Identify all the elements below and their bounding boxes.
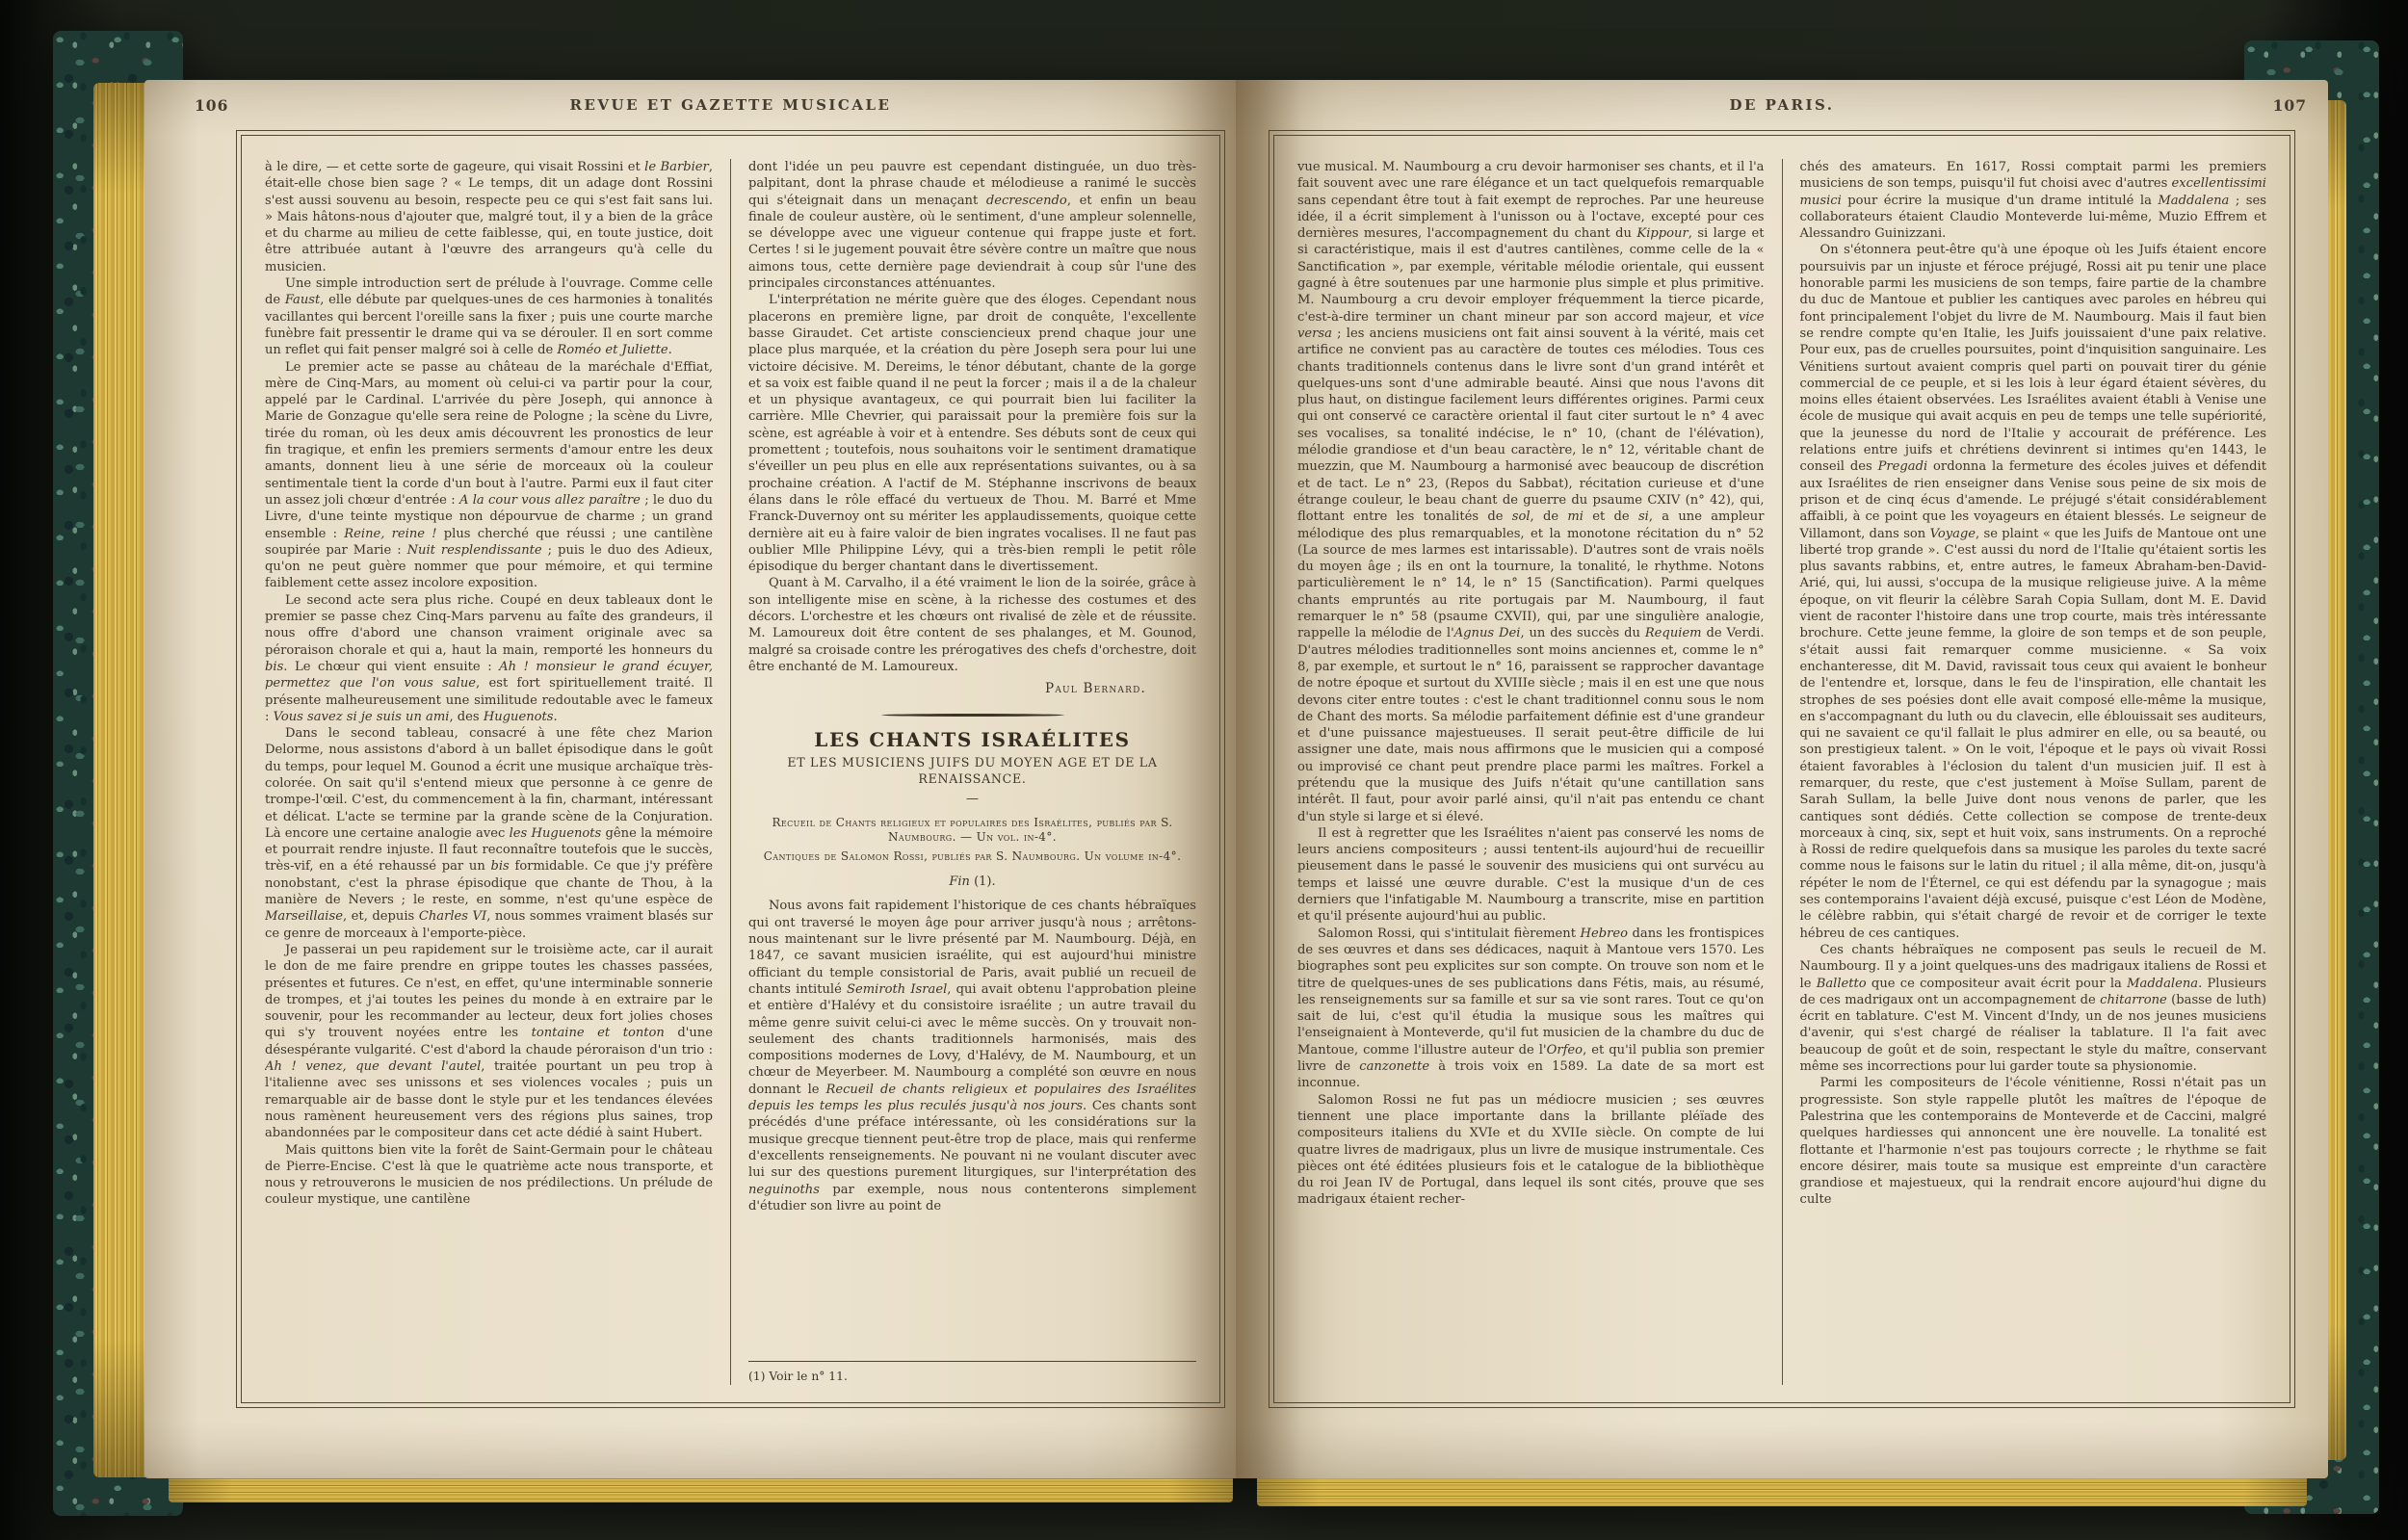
paragraph: Parmi les compositeurs de l'école véniti…: [1800, 1075, 2267, 1208]
paragraph: Salomon Rossi, qui s'intitulait fièremen…: [1297, 926, 1765, 1092]
paragraph: Le premier acte se passe au château de l…: [265, 359, 713, 592]
left-page-column-1: à le dire, — et cette sorte de gageure, …: [265, 159, 730, 1385]
paragraph: Le second acte sera plus riche. Coupé en…: [265, 592, 713, 725]
open-book: 106 REVUE ET GAZETTE MUSICALE à le dire,…: [53, 27, 2379, 1520]
paragraph: Ces chants hébraïques ne composent pas s…: [1800, 942, 2267, 1075]
left-page: 106 REVUE ET GAZETTE MUSICALE à le dire,…: [144, 80, 1236, 1478]
text-frame-left: à le dire, — et cette sorte de gageure, …: [236, 130, 1225, 1408]
running-title-left: REVUE ET GAZETTE MUSICALE: [236, 96, 1225, 114]
page-stack-edge-bottom-right: [1257, 1474, 2307, 1506]
paragraph: Mais quittons bien vite la forêt de Sain…: [265, 1142, 713, 1209]
paragraph: Il est à regretter que les Israélites n'…: [1297, 825, 1765, 926]
section-divider-rule: [881, 714, 1064, 717]
paragraph: dont l'idée un peu pauvre est cependant …: [748, 159, 1196, 292]
paragraph: Dans le second tableau, consacré à une f…: [265, 725, 713, 942]
text-frame-right: vue musical. M. Naumbourg a cru devoir h…: [1269, 130, 2295, 1408]
section-reference-1: Recueil de Chants religieux et populaire…: [748, 816, 1196, 846]
paragraph: Nous avons fait rapidement l'historique …: [748, 898, 1196, 1214]
running-title-right: DE PARIS.: [1269, 96, 2295, 114]
paragraph: à le dire, — et cette sorte de gageure, …: [265, 159, 713, 275]
paragraph: L'interprétation ne mérite guère que des…: [748, 292, 1196, 575]
section-title: LES CHANTS ISRAÉLITES: [748, 732, 1196, 748]
footnote-block: (1) Voir le n° 11.: [748, 1353, 1196, 1385]
page-number-left: 106: [195, 96, 228, 115]
paragraph: Je passerai un peu rapidement sur le tro…: [265, 942, 713, 1142]
article-body-paragraphs: Nous avons fait rapidement l'historique …: [748, 898, 1196, 1214]
paragraph: vue musical. M. Naumbourg a cru devoir h…: [1297, 159, 1765, 825]
paragraph: On s'étonnera peut-être qu'à une époque …: [1800, 242, 2267, 941]
left-page-column-2: dont l'idée un peu pauvre est cependant …: [730, 159, 1196, 1385]
right-page-column-2: chés des amateurs. En 1617, Rossi compta…: [1782, 159, 2267, 1385]
review-end-paragraphs: dont l'idée un peu pauvre est cependant …: [748, 159, 1196, 675]
frame-content-left: à le dire, — et cette sorte de gageure, …: [242, 136, 1219, 1402]
footnote-text: (1) Voir le n° 11.: [748, 1369, 1196, 1385]
page-number-right: 107: [2273, 96, 2307, 115]
paragraph: Une simple introduction sert de prélude …: [265, 275, 713, 358]
paragraph: Quant à M. Carvalho, il a été vraiment l…: [748, 575, 1196, 675]
author-signature: Paul Bernard.: [748, 681, 1196, 697]
paragraph: chés des amateurs. En 1617, Rossi compta…: [1800, 159, 2267, 242]
paragraph: Salomon Rossi ne fut pas un médiocre mus…: [1297, 1092, 1765, 1209]
frame-content-right: vue musical. M. Naumbourg a cru devoir h…: [1274, 136, 2290, 1402]
section-dash: —: [748, 791, 1196, 807]
right-page: DE PARIS. 107 vue musical. M. Naumbourg …: [1236, 80, 2328, 1478]
section-reference-2: Cantiques de Salomon Rossi, publiés par …: [748, 849, 1196, 865]
section-fin-note: Fin (1).: [748, 874, 1196, 890]
footnote-rule: [748, 1361, 1196, 1362]
right-page-column-1: vue musical. M. Naumbourg a cru devoir h…: [1297, 159, 1782, 1385]
section-subtitle: ET LES MUSICIENS JUIFS DU MOYEN AGE ET D…: [748, 754, 1196, 788]
